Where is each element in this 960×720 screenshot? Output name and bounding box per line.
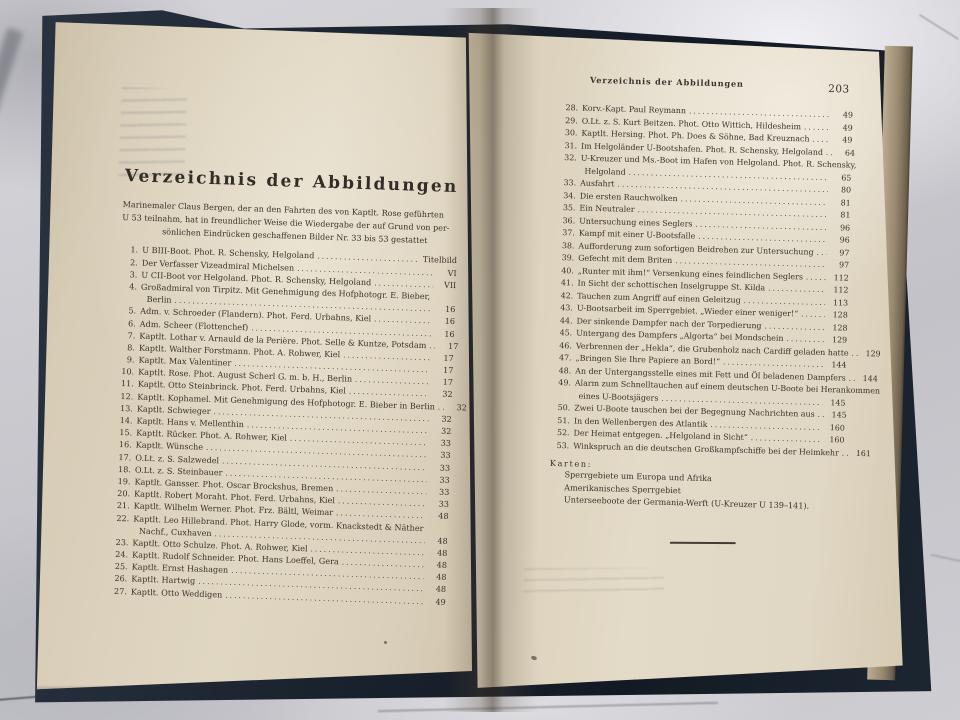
item-number: 42. bbox=[554, 290, 573, 299]
item-number: 35. bbox=[556, 203, 575, 212]
item-number: 40. bbox=[555, 265, 574, 274]
item-number: 38. bbox=[555, 240, 574, 249]
item-page: 49 bbox=[832, 135, 852, 145]
item-number: 4. bbox=[120, 281, 137, 292]
dot-leader bbox=[818, 410, 824, 419]
item-page: 81 bbox=[831, 198, 851, 208]
running-header-row: Verzeichnis der Abbildungen 203 bbox=[559, 74, 853, 104]
item-page: 33 bbox=[429, 498, 449, 509]
item-number: 53. bbox=[550, 440, 569, 449]
item-number: 13. bbox=[116, 403, 133, 414]
item-page: 16 bbox=[434, 328, 454, 339]
item-page: 48 bbox=[427, 547, 447, 558]
marble-vein bbox=[378, 702, 718, 712]
item-text: O.Lt. z. S. Steinbauer bbox=[135, 464, 223, 477]
item-number: 5. bbox=[119, 305, 136, 316]
item-number: 10. bbox=[117, 366, 134, 377]
item-page: 32 bbox=[431, 425, 451, 436]
item-number: 34. bbox=[557, 190, 576, 199]
marble-vein bbox=[919, 14, 959, 40]
dot-leader bbox=[355, 374, 430, 386]
ink-speck bbox=[384, 641, 387, 644]
item-page: 32 bbox=[432, 389, 452, 400]
dot-leader bbox=[816, 247, 826, 256]
item-number: 37. bbox=[556, 228, 575, 237]
item-number: 6. bbox=[119, 317, 136, 328]
item-page: 32 bbox=[447, 401, 467, 412]
item-number: 21. bbox=[113, 500, 130, 511]
item-number: 11. bbox=[117, 378, 134, 389]
item-page: 33 bbox=[431, 438, 451, 449]
dot-leader bbox=[852, 348, 858, 357]
item-number: 45. bbox=[553, 328, 572, 337]
item-number: 19. bbox=[113, 476, 130, 487]
item-page: VII bbox=[436, 279, 456, 290]
item-text: Gefecht mit dem Briten bbox=[578, 254, 672, 265]
item-text: Kaptlt. Hartwig bbox=[131, 574, 195, 586]
item-page: Titelbild bbox=[423, 254, 457, 265]
maps-section: Karten: Sperrgebiete um Europa und Afrik… bbox=[549, 458, 844, 513]
folio-number: 203 bbox=[828, 83, 850, 96]
item-number: 17. bbox=[114, 451, 131, 462]
item-number: 48. bbox=[552, 365, 571, 374]
item-number: 52. bbox=[550, 428, 569, 437]
item-text: Helgoland bbox=[584, 166, 625, 176]
dot-leader bbox=[336, 483, 426, 496]
dot-leader bbox=[804, 122, 830, 132]
running-header: Verzeichnis der Abbildungen bbox=[560, 74, 774, 90]
dot-leader bbox=[342, 557, 424, 570]
item-number: 51. bbox=[551, 415, 570, 424]
item-number: 33. bbox=[557, 178, 576, 187]
item-page: 145 bbox=[825, 398, 845, 408]
item-number: 24. bbox=[111, 549, 128, 560]
dot-leader bbox=[317, 251, 420, 264]
item-text: Kaptlt. Schwieger bbox=[137, 403, 211, 415]
item-page: 97 bbox=[829, 248, 849, 258]
maps-entries: Sperrgebiete um Europa und Afrika Amerik… bbox=[549, 468, 844, 513]
item-text: Kaptlt. Otto Weddigen bbox=[131, 586, 223, 599]
item-page: 96 bbox=[830, 235, 850, 245]
dot-leader bbox=[801, 309, 825, 319]
item-page: 49 bbox=[833, 110, 853, 120]
item-page: 33 bbox=[430, 474, 450, 485]
item-text: Kaptlt. Max Valentiner bbox=[138, 355, 231, 368]
item-number: 41. bbox=[554, 278, 573, 287]
item-number: 3. bbox=[120, 269, 137, 280]
item-text: Untersuchung eines Seglers bbox=[579, 216, 693, 228]
item-page: 16 bbox=[435, 316, 455, 327]
left-page: Verzeichnis der Abbildungen Marinemaler … bbox=[36, 16, 472, 692]
item-page: 65 bbox=[831, 173, 851, 183]
page-title: Verzeichnis der Abbildungen bbox=[123, 166, 459, 197]
dot-leader bbox=[374, 314, 432, 326]
item-number: 14. bbox=[115, 415, 132, 426]
item-number: 16. bbox=[115, 439, 132, 450]
item-text: Nachf., Cuxhaven bbox=[139, 525, 212, 537]
dot-leader bbox=[689, 106, 830, 119]
item-number: 29. bbox=[559, 115, 578, 124]
item-number: 30. bbox=[558, 128, 577, 137]
dot-leader bbox=[812, 135, 829, 144]
item-text: O.Lt. z. S. Salzwedel bbox=[135, 452, 219, 465]
dot-leader bbox=[751, 433, 822, 444]
item-number: 20. bbox=[113, 488, 130, 499]
dot-leader bbox=[429, 340, 435, 350]
item-number: 12. bbox=[116, 391, 133, 402]
item-number: 7. bbox=[118, 330, 135, 341]
item-page: 145 bbox=[827, 410, 847, 420]
item-page: 33 bbox=[430, 462, 450, 473]
item-page: 81 bbox=[830, 210, 850, 220]
item-number: 47. bbox=[552, 353, 571, 362]
item-text: Kampf mit einer U-Bootsfalle bbox=[579, 229, 696, 241]
item-text: Kaptlt. Wünsche bbox=[136, 440, 204, 452]
item-text: Berlin bbox=[146, 294, 171, 305]
item-page: 161 bbox=[851, 448, 871, 458]
item-number: 32. bbox=[558, 153, 577, 162]
item-text: Ein Neutraler bbox=[579, 204, 634, 214]
item-number: 2. bbox=[121, 257, 138, 268]
item-page: 64 bbox=[835, 148, 855, 158]
item-text: eines U-Bootsjägers bbox=[578, 391, 658, 402]
marble-vein bbox=[930, 554, 960, 568]
item-page: 97 bbox=[829, 260, 849, 270]
item-number: 25. bbox=[111, 561, 128, 572]
dot-leader bbox=[768, 284, 825, 294]
intro-paragraph: Marinemaler Claus Bergen, der an den Fah… bbox=[122, 199, 459, 249]
marble-vein bbox=[0, 28, 23, 115]
item-page: 160 bbox=[825, 423, 845, 433]
item-text: Die ersten Rauchwolken bbox=[580, 191, 678, 203]
item-page: 33 bbox=[430, 450, 450, 461]
dot-leader bbox=[849, 373, 855, 382]
item-page: 49 bbox=[833, 123, 853, 133]
ink-show-through bbox=[524, 568, 664, 596]
item-page: 48 bbox=[426, 572, 446, 583]
item-page: 17 bbox=[433, 364, 453, 375]
item-text: Ausfahrt bbox=[580, 179, 615, 189]
right-page: Verzeichnis der Abbildungen 203 28.Korv.… bbox=[466, 22, 912, 698]
item-page: 144 bbox=[826, 360, 846, 370]
left-page-text: Verzeichnis der Abbildungen Marinemaler … bbox=[110, 166, 460, 609]
item-number: 46. bbox=[553, 340, 572, 349]
dot-leader bbox=[723, 357, 824, 369]
item-page: 144 bbox=[858, 373, 878, 383]
item-page: 128 bbox=[827, 323, 847, 333]
item-page: VI bbox=[436, 267, 456, 278]
dot-leader bbox=[336, 508, 426, 521]
item-number: 26. bbox=[110, 573, 127, 584]
item-page: 160 bbox=[824, 435, 844, 445]
item-page: 32 bbox=[432, 413, 452, 424]
item-number: 23. bbox=[111, 537, 128, 548]
item-page: 17 bbox=[434, 352, 454, 363]
item-number: 22. bbox=[112, 512, 129, 523]
photo-of-open-book: { "colors": { "paper": "#ddd3bf", "cover… bbox=[0, 0, 960, 720]
item-page: 80 bbox=[831, 185, 851, 195]
item-page: 112 bbox=[829, 273, 849, 283]
dot-leader bbox=[764, 321, 824, 332]
item-number: 15. bbox=[115, 427, 132, 438]
dot-leader bbox=[842, 448, 848, 457]
dot-leader bbox=[338, 495, 426, 508]
divider-rule bbox=[670, 542, 736, 544]
dot-leader bbox=[710, 420, 822, 432]
dot-leader bbox=[349, 386, 430, 399]
item-number: 8. bbox=[118, 342, 135, 353]
item-number: 49. bbox=[552, 378, 571, 387]
item-page: 96 bbox=[830, 223, 850, 233]
item-page: 48 bbox=[428, 535, 448, 546]
dot-leader bbox=[374, 277, 433, 289]
item-page: 128 bbox=[828, 310, 848, 320]
item-page: 49 bbox=[426, 596, 446, 607]
item-page: 48 bbox=[428, 511, 448, 522]
item-page: 129 bbox=[861, 348, 881, 358]
item-number: 36. bbox=[556, 215, 575, 224]
item-number: 44. bbox=[553, 315, 572, 324]
item-page: 113 bbox=[828, 298, 848, 308]
item-number: 31. bbox=[558, 140, 577, 149]
item-number: 9. bbox=[117, 354, 134, 365]
item-page: 33 bbox=[429, 486, 449, 497]
item-page: 48 bbox=[426, 584, 446, 595]
dot-leader bbox=[826, 147, 832, 156]
item-number: 43. bbox=[554, 303, 573, 312]
item-text: Korv.-Kapt. Paul Reymann bbox=[582, 104, 686, 116]
item-number: 39. bbox=[555, 253, 574, 262]
dot-leader bbox=[744, 295, 826, 306]
item-number: 28. bbox=[559, 103, 578, 112]
dot-leader bbox=[806, 272, 826, 282]
illustration-list-right: 28.Korv.-Kapt. Paul Reymann4929.O.Lt. z.… bbox=[550, 103, 853, 461]
item-number: 18. bbox=[114, 464, 131, 475]
item-number: 1. bbox=[121, 244, 138, 255]
item-page: 112 bbox=[828, 285, 848, 295]
dot-leader bbox=[343, 349, 431, 362]
item-page: 16 bbox=[435, 304, 455, 315]
dot-leader bbox=[438, 401, 444, 411]
item-page: 48 bbox=[427, 559, 447, 570]
right-page-text: Verzeichnis der Abbildungen 203 28.Korv.… bbox=[548, 74, 854, 547]
dot-leader bbox=[786, 334, 824, 344]
item-number: 50. bbox=[551, 403, 570, 412]
item-number: 27. bbox=[110, 585, 127, 596]
item-page: 17 bbox=[433, 377, 453, 388]
item-text: Kaptlt. Ernst Hashagen bbox=[132, 562, 229, 575]
item-page: 17 bbox=[438, 340, 458, 351]
illustration-list-left: 1.U BIII-Boot. Phot. R. Schensky, Helgol… bbox=[110, 244, 458, 608]
item-page: 129 bbox=[827, 335, 847, 345]
